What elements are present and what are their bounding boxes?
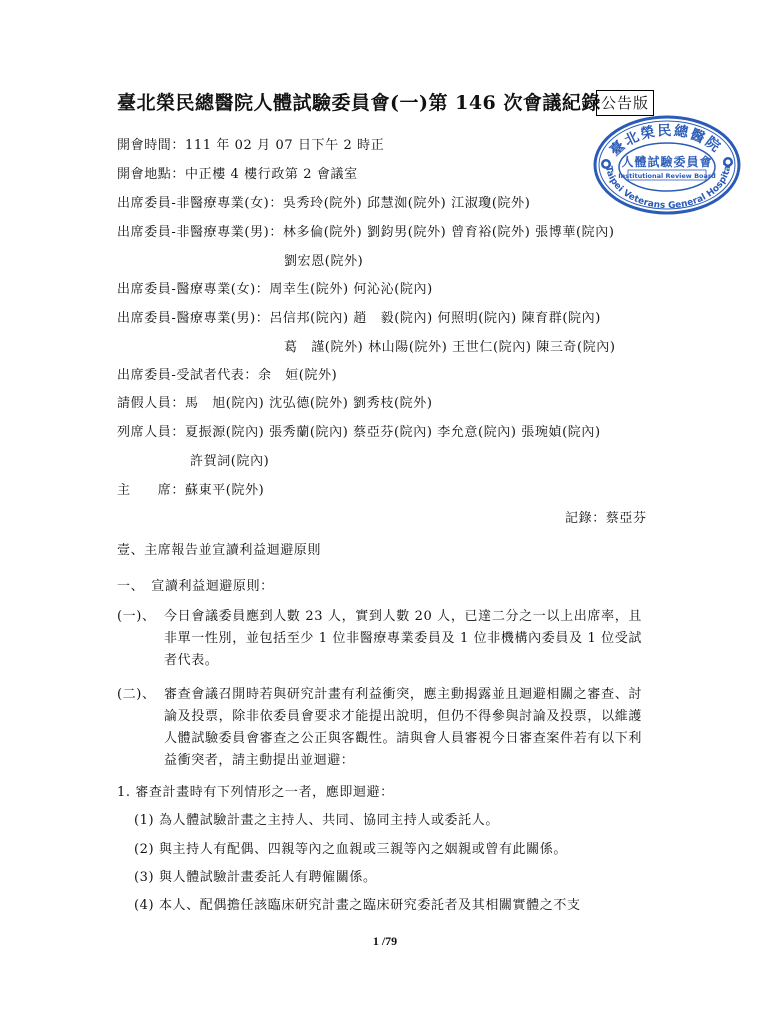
paragraph-label: (一)、 [117,606,156,628]
paragraph-label: (二)、 [117,684,156,706]
section-title: 壹、主席報告並宣讀利益迴避原則 [117,539,321,558]
rule-heading: 1. 審查計畫時有下列情形之一者，應即迴避： [117,781,394,800]
rule-item: (2) 與主持人有配偶、四親等內之血親或三親等內之姻親或曾有此關係。 [134,838,567,857]
version-label-box: 公告版 [596,90,654,116]
rule-item: (3) 與人體試驗計畫委託人有聘僱關係。 [134,866,377,885]
attendees-nonmedical-male-cont: 劉宏恩(院外) [284,250,363,269]
chairperson: 主 席：蘇東平(院外) [117,479,264,498]
svg-text:Institutional Review Board: Institutional Review Board [618,172,716,180]
page-number: 1 /79 [0,934,770,949]
rule-item: (4) 本人、配偶擔任該臨床研究計畫之臨床研究委託者及其相關實體之不支 [134,894,581,913]
attendees-subject-representative: 出席委員-受試者代表：余 姮(院外) [117,364,337,383]
irb-seal-stamp-icon: 臺北榮民總醫院 人體試驗委員會 Institutional Review Boa… [592,114,742,216]
paragraph-text: 今日會議委員應到人數 23 人，實到人數 20 人，已達二分之一以上出席率，且非… [164,606,642,672]
attendees-medical-female: 出席委員-醫療專業(女)：周幸生(院外) 何沁沁(院內) [117,278,433,297]
paragraph-text: 審查會議召開時若與研究計畫有利益衝突，應主動揭露並且迴避相關之審查、討論及投票，… [164,684,642,772]
meeting-location: 開會地點：中正樓 4 樓行政第 2 會議室 [117,163,358,182]
subsection-title: 一、 宣讀利益迴避原則： [117,575,274,594]
attendees-nonmedical-male: 出席委員-非醫療專業(男)：林多倫(院外) 劉鈞男(院外) 曾育裕(院外) 張博… [117,221,615,240]
absent-members: 請假人員：馬 旭(院內) 沈弘德(院外) 劉秀枝(院外) [117,392,433,411]
observers-cont: 許賀詞(院內) [190,450,269,469]
attendees-medical-male: 出席委員-醫療專業(男)：呂信邦(院內) 趙 毅(院內) 何照明(院內) 陳育群… [117,307,601,326]
paragraph-conflict-of-interest: (二)、 審查會議召開時若與研究計畫有利益衝突，應主動揭露並且迴避相關之審查、討… [117,684,657,772]
attendees-medical-male-cont: 葛 謹(院外) 林山陽(院外) 王世仁(院內) 陳三奇(院內) [284,336,616,355]
document-title-text: 臺北榮民總醫院人體試驗委員會(一)第 146 次會議紀錄 [117,92,601,114]
meeting-time: 開會時間：111 年 02 月 07 日下午 2 時正 [117,134,384,153]
observers: 列席人員：夏振源(院內) 張秀蘭(院內) 蔡亞芬(院內) 李允意(院內) 張琬媜… [117,421,601,440]
rule-item: (1) 為人體試驗計畫之主持人、共同、協同主持人或委託人。 [134,809,499,828]
document-page: 臺北榮民總醫院人體試驗委員會(一)第 146 次會議紀錄 公告版 臺北榮民總醫院… [0,0,770,1024]
document-title: 臺北榮民總醫院人體試驗委員會(一)第 146 次會議紀錄 [117,88,601,115]
paragraph-quorum: (一)、 今日會議委員應到人數 23 人，實到人數 20 人，已達二分之一以上出… [117,606,657,672]
attendees-nonmedical-female: 出席委員-非醫療專業(女)：吳秀玲(院外) 邱慧洳(院外) 江淑瓊(院外) [117,192,530,211]
recorder: 記錄：蔡亞芬 [565,507,647,526]
svg-text:人體試驗委員會: 人體試驗委員會 [621,154,712,169]
